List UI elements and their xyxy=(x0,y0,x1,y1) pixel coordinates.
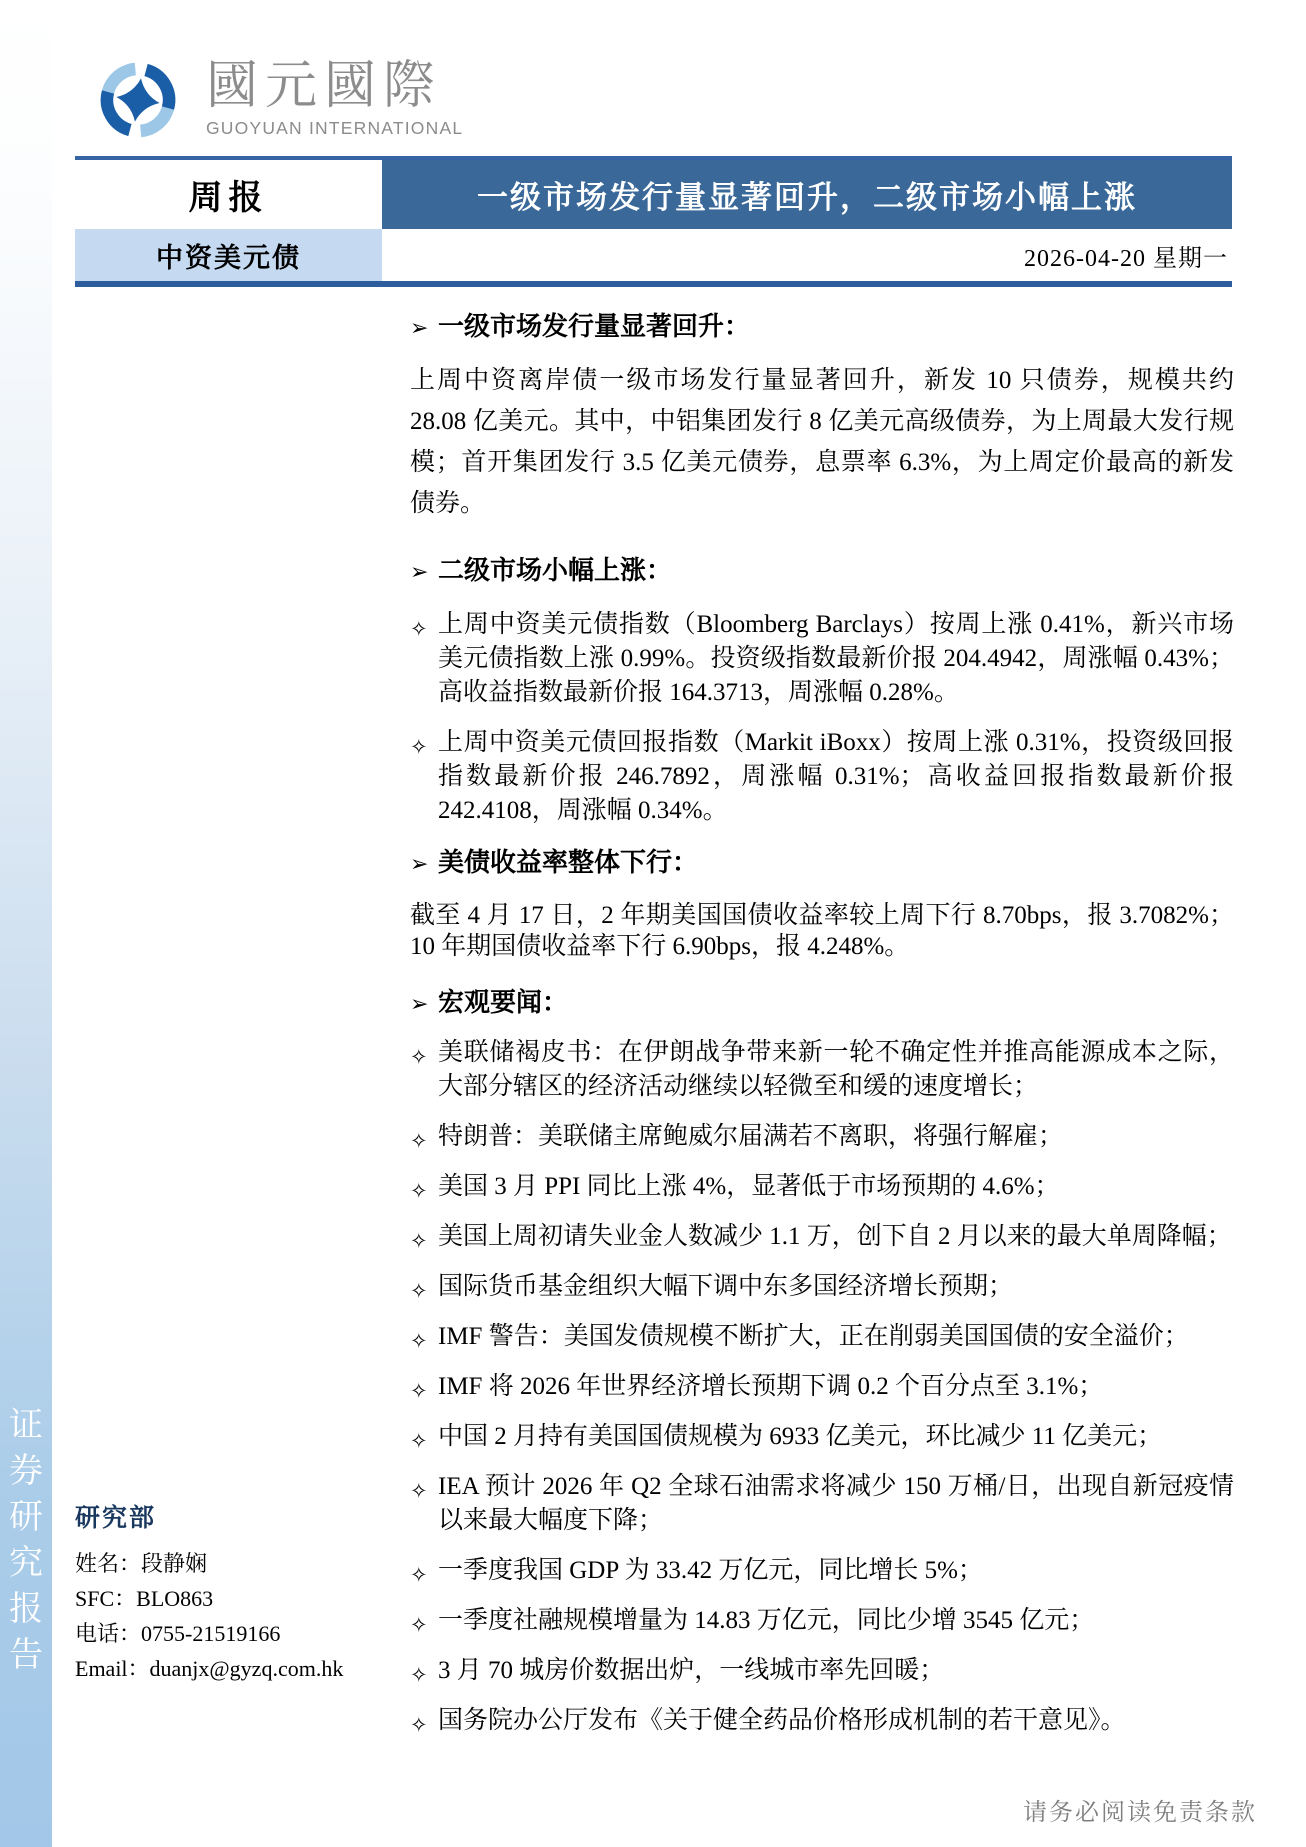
header-banner: 周报 一级市场发行量显著回升，二级市场小幅上涨 中资美元债 2026-04-20… xyxy=(75,160,1232,287)
vertical-label-char: 研 xyxy=(0,1495,52,1541)
arrow-bullet-icon: ➢ xyxy=(410,848,428,882)
report-date-cell: 2026-04-20 星期一 xyxy=(382,229,1232,281)
list-item: ✧ IMF 警告：美国发债规模不断扩大，正在削弱美国国债的安全溢价； xyxy=(410,1320,1234,1354)
section-heading-text: 二级市场小幅上涨： xyxy=(438,556,672,585)
disclaimer-note: 请务必阅读免责条款 xyxy=(1023,1792,1257,1827)
contact-phone-row: 电话：0755-21519166 xyxy=(75,1623,375,1645)
diamond-bullet-icon: ✧ xyxy=(410,1374,428,1408)
list-item-text: IMF 警告：美国发债规模不断扩大，正在削弱美国国债的安全溢价； xyxy=(438,1323,1189,1350)
list-item-text: 3 月 70 城房价数据出炉，一线城市率先回暖； xyxy=(438,1657,944,1684)
arrow-bullet-icon: ➢ xyxy=(410,988,428,1022)
report-category-label: 中资美元债 xyxy=(156,236,301,275)
list-item: ✧ 国务院办公厅发布《关于健全药品价格形成机制的若干意见》。 xyxy=(410,1704,1234,1738)
diamond-bullet-icon: ✧ xyxy=(410,1608,428,1642)
report-body: ➢ 一级市场发行量显著回升： 上周中资离岸债一级市场发行量显著回升，新发 10 … xyxy=(410,300,1234,1754)
vertical-label-char: 究 xyxy=(0,1541,52,1587)
diamond-bullet-icon: ✧ xyxy=(410,1558,428,1592)
report-date: 2026-04-20 星期一 xyxy=(1024,238,1232,273)
diamond-bullet-icon: ✧ xyxy=(410,1708,428,1742)
list-item: ✧ IMF 将 2026 年世界经济增长预期下调 0.2 个百分点至 3.1%； xyxy=(410,1370,1234,1404)
contact-label: Email： xyxy=(75,1656,150,1681)
list-item: ✧ 上周中资美元债指数（Bloomberg Barclays）按周上涨 0.41… xyxy=(410,608,1234,710)
section-heading-primary-market: ➢ 一级市场发行量显著回升： xyxy=(410,310,1234,344)
diamond-bullet-icon: ✧ xyxy=(410,1174,428,1208)
list-item-text: 一季度我国 GDP 为 33.42 万亿元，同比增长 5%； xyxy=(438,1557,983,1584)
vertical-label-char: 券 xyxy=(0,1449,52,1495)
list-item-text: 一季度社融规模增量为 14.83 万亿元，同比少增 3545 亿元； xyxy=(438,1607,1094,1634)
list-item-text: 上周中资美元债指数（Bloomberg Barclays）按周上涨 0.41%，… xyxy=(438,611,1234,706)
list-item: ✧ 中国 2 月持有美国国债规模为 6933 亿美元，环比减少 11 亿美元； xyxy=(410,1420,1234,1454)
vertical-label-char: 告 xyxy=(0,1633,52,1679)
department-label: 研究部 xyxy=(75,1498,375,1534)
list-item-text: 美国上周初请失业金人数减少 1.1 万，创下自 2 月以来的最大单周降幅； xyxy=(438,1223,1232,1250)
diamond-bullet-icon: ✧ xyxy=(410,1224,428,1258)
contact-value: BLO863 xyxy=(136,1586,213,1611)
contact-label: 姓名： xyxy=(75,1551,141,1576)
report-category-cell: 中资美元债 xyxy=(75,229,382,281)
list-item: ✧ 国际货币基金组织大幅下调中东多国经济增长预期； xyxy=(410,1270,1234,1304)
contact-name-row: 姓名：段静娴 xyxy=(75,1553,375,1575)
list-item: ✧ 美国 3 月 PPI 同比上涨 4%，显著低于市场预期的 4.6%； xyxy=(410,1170,1234,1204)
report-title: 一级市场发行量显著回升，二级市场小幅上涨 xyxy=(477,172,1137,217)
sidebar-strip: 证 券 研 究 报 告 xyxy=(0,0,52,1847)
list-item-text: 上周中资美元债回报指数（Markit iBoxx）按周上涨 0.31%，投资级回… xyxy=(438,729,1234,824)
company-name-cn: 國元國際 xyxy=(206,58,463,116)
list-item: ✧ 美国上周初请失业金人数减少 1.1 万，创下自 2 月以来的最大单周降幅； xyxy=(410,1220,1234,1254)
contact-value: 0755-21519166 xyxy=(141,1621,280,1646)
list-item-text: 美联储褐皮书：在伊朗战争带来新一轮不确定性并推高能源成本之际，大部分辖区的经济活… xyxy=(438,1039,1234,1100)
section-heading-macro-news: ➢ 宏观要闻： xyxy=(410,986,1234,1020)
list-item: ✧ 上周中资美元债回报指数（Markit iBoxx）按周上涨 0.31%，投资… xyxy=(410,726,1234,828)
paragraph-primary-market: 上周中资离岸债一级市场发行量显著回升，新发 10 只债券，规模共约 28.08 … xyxy=(410,360,1234,524)
contact-sfc-row: SFC：BLO863 xyxy=(75,1588,375,1610)
analyst-contact-block: 研究部 姓名：段静娴 SFC：BLO863 电话：0755-21519166 E… xyxy=(75,1498,375,1680)
report-title-band: 一级市场发行量显著回升，二级市场小幅上涨 xyxy=(382,160,1232,229)
report-type-cell: 周报 xyxy=(75,160,382,229)
company-logo: 國元國際 GUOYUAN INTERNATIONAL xyxy=(96,56,463,149)
section-heading-secondary-market: ➢ 二级市场小幅上涨： xyxy=(410,554,1234,588)
contact-label: SFC： xyxy=(75,1586,136,1611)
list-item-text: 中国 2 月持有美国国债规模为 6933 亿美元，环比减少 11 亿美元； xyxy=(438,1423,1162,1450)
list-item-text: IMF 将 2026 年世界经济增长预期下调 0.2 个百分点至 3.1%； xyxy=(438,1373,1103,1400)
contact-value: duanjx@gyzq.com.hk xyxy=(150,1656,344,1681)
diamond-bullet-icon: ✧ xyxy=(410,730,428,764)
arrow-bullet-icon: ➢ xyxy=(410,556,428,590)
diamond-bullet-icon: ✧ xyxy=(410,1424,428,1458)
diamond-bullet-icon: ✧ xyxy=(410,1658,428,1692)
vertical-label: 证 券 研 究 报 告 xyxy=(0,1403,52,1679)
guoyuan-logo-icon xyxy=(96,56,180,149)
company-name-en: GUOYUAN INTERNATIONAL xyxy=(206,119,463,137)
paragraph-treasury-yield: 截至 4 月 17 日，2 年期美国国债收益率较上周下行 8.70bps，报 3… xyxy=(410,900,1234,962)
secondary-market-bullets: ✧ 上周中资美元债指数（Bloomberg Barclays）按周上涨 0.41… xyxy=(410,608,1234,828)
section-heading-text: 宏观要闻： xyxy=(438,988,568,1017)
section-heading-text: 美债收益率整体下行： xyxy=(438,848,698,877)
contact-label: 电话： xyxy=(75,1621,141,1646)
list-item: ✧ 一季度社融规模增量为 14.83 万亿元，同比少增 3545 亿元； xyxy=(410,1604,1234,1638)
list-item-text: 国务院办公厅发布《关于健全药品价格形成机制的若干意见》。 xyxy=(438,1707,1126,1734)
diamond-bullet-icon: ✧ xyxy=(410,1124,428,1158)
list-item: ✧ 美联储褐皮书：在伊朗战争带来新一轮不确定性并推高能源成本之际，大部分辖区的经… xyxy=(410,1036,1234,1104)
list-item-text: 国际货币基金组织大幅下调中东多国经济增长预期； xyxy=(438,1273,1013,1300)
diamond-bullet-icon: ✧ xyxy=(410,1324,428,1358)
macro-news-bullets: ✧ 美联储褐皮书：在伊朗战争带来新一轮不确定性并推高能源成本之际，大部分辖区的经… xyxy=(410,1036,1234,1738)
company-name: 國元國際 GUOYUAN INTERNATIONAL xyxy=(206,56,463,137)
header-bottom-rule xyxy=(75,281,1232,287)
arrow-bullet-icon: ➢ xyxy=(410,312,428,346)
contact-email-row: Email：duanjx@gyzq.com.hk xyxy=(75,1658,375,1680)
vertical-label-char: 证 xyxy=(0,1403,52,1449)
contact-value: 段静娴 xyxy=(141,1551,207,1576)
diamond-bullet-icon: ✧ xyxy=(410,612,428,646)
list-item-text: 特朗普：美联储主席鲍威尔届满若不离职，将强行解雇； xyxy=(438,1123,1063,1150)
list-item-text: IEA 预计 2026 年 Q2 全球石油需求将减少 150 万桶/日，出现自新… xyxy=(438,1473,1234,1534)
list-item: ✧ 特朗普：美联储主席鲍威尔届满若不离职，将强行解雇； xyxy=(410,1120,1234,1154)
diamond-bullet-icon: ✧ xyxy=(410,1040,428,1074)
report-page: 证 券 研 究 报 告 國元國際 GUOYUAN INTERNATIONAL xyxy=(0,0,1306,1847)
list-item: ✧ 3 月 70 城房价数据出炉，一线城市率先回暖； xyxy=(410,1654,1234,1688)
list-item-text: 美国 3 月 PPI 同比上涨 4%，显著低于市场预期的 4.6%； xyxy=(438,1173,1060,1200)
report-type-label: 周报 xyxy=(189,170,269,219)
section-heading-treasury-yield: ➢ 美债收益率整体下行： xyxy=(410,846,1234,880)
list-item: ✧ IEA 预计 2026 年 Q2 全球石油需求将减少 150 万桶/日，出现… xyxy=(410,1470,1234,1538)
diamond-bullet-icon: ✧ xyxy=(410,1274,428,1308)
diamond-bullet-icon: ✧ xyxy=(410,1474,428,1508)
vertical-label-char: 报 xyxy=(0,1587,52,1633)
section-heading-text: 一级市场发行量显著回升： xyxy=(438,312,750,341)
list-item: ✧ 一季度我国 GDP 为 33.42 万亿元，同比增长 5%； xyxy=(410,1554,1234,1588)
